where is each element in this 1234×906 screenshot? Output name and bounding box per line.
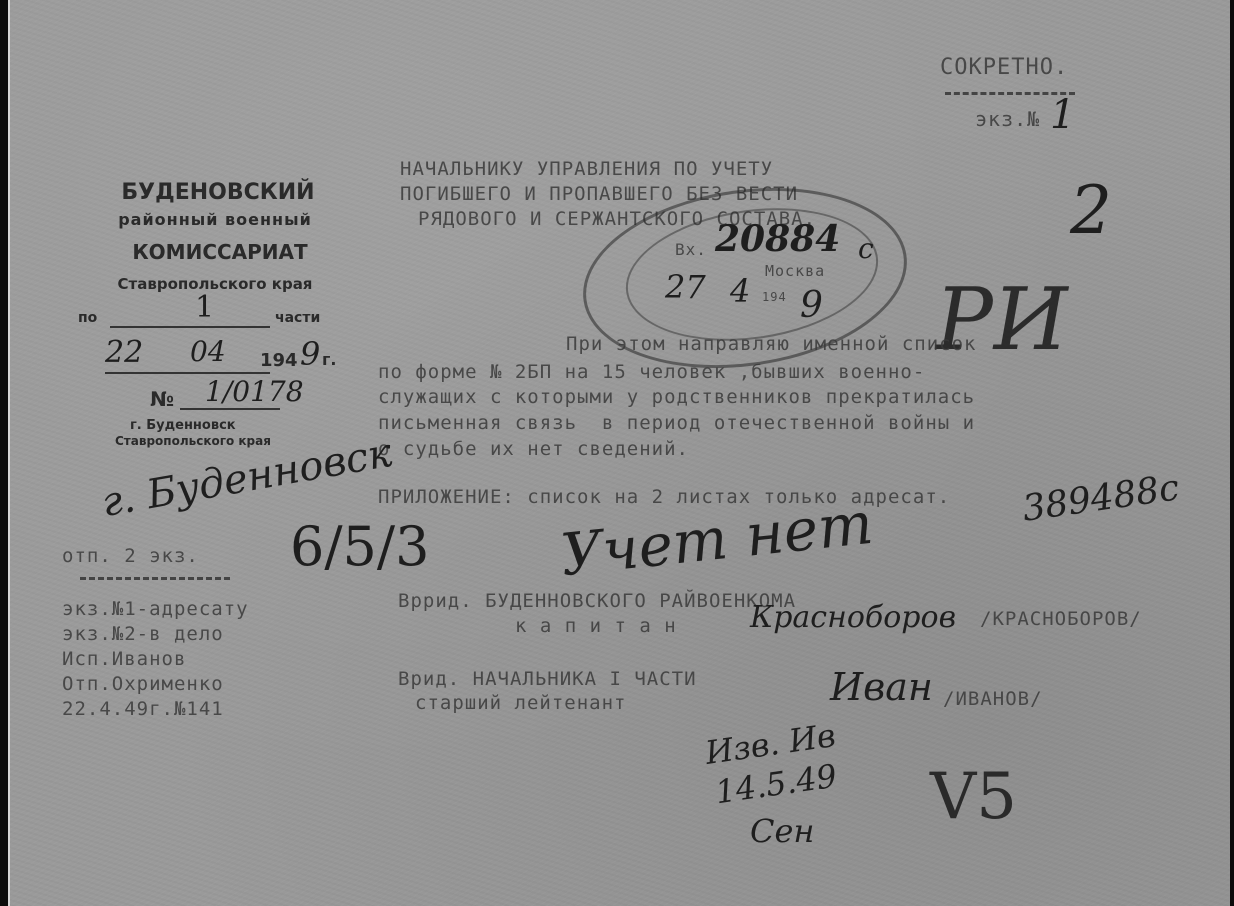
incoming-month: 4 [730,272,750,310]
stamp-day-line [105,372,150,374]
stamp-line-1: БУДЕНОВСКИЙ [98,180,338,205]
copy-number: 1 [1050,92,1075,138]
signature-1-rank: к а п и т а н [515,615,677,637]
stamp-year-prefix: 194 [260,350,298,371]
addressee-line-1: НАЧАЛЬНИКУ УПРАВЛЕНИЯ ПО УЧЕТУ [400,158,773,180]
page-number: 2 [1070,172,1112,249]
stamp-year-digit: 9 [300,335,320,373]
body-line-4: письменная связь в период отечественной … [378,412,975,434]
stamp-year-suffix: г. [322,350,336,369]
copies-header: отп. 2 экз. [62,545,199,567]
stamp-number-line [180,408,280,410]
signature-2-rank: старший лейтенант [415,692,626,714]
copies-underline [80,577,230,580]
signature-1-title: Вррид. БУДЕННОВСКОГО РАЙВОЕНКОМА [398,590,796,612]
stamp-day: 22 [105,335,143,370]
body-line-3: служащих с которыми у родственников прек… [378,386,975,408]
stamp-part-prefix: по [78,310,97,326]
stamp-line-3: КОМИССАРИАТ [110,240,330,264]
stamp-number-value: 1/0178 [205,375,304,408]
copies-line-1: экз.№1-адресату [62,598,249,620]
incoming-number-suffix: с [858,232,874,265]
copies-line-2: экз.№2-в дело [62,623,224,645]
margin-mark: РИ [926,270,1077,370]
handwritten-ref: 6/5/3 [290,515,429,578]
secret-mark: СОКРЕТНО. [940,55,1068,80]
stamp-month: 04 [190,335,226,368]
check-mark: V5 [930,760,1017,834]
stamp-line-2: районный военный [80,210,350,229]
document-page: СОКРЕТНО. экз.№ 1 БУДЕНОВСКИЙ районный в… [8,0,1230,906]
incoming-number: 20884 [715,218,840,260]
copies-line-4: Отп.Охрименко [62,673,224,695]
incoming-day: 27 [665,268,706,306]
stamp-part-suffix: части [275,310,320,326]
stamp-number-label: № [150,387,174,411]
stamp-region: Ставропольского края [115,434,271,448]
incoming-city: Москва [765,262,825,280]
signature-2-handwritten: Иван [830,665,933,709]
stamp-month-line [150,372,270,374]
signature-1-name: /КРАСНОБОРОВ/ [980,608,1142,630]
stamp-part-value: 1 [195,290,214,325]
incoming-label: Вх. [675,240,707,259]
signature-2-name: /ИВАНОВ/ [943,688,1043,710]
stamp-line-4: Ставропольского края [80,275,350,293]
incoming-year-prefix: 194 [762,290,787,304]
stamp-part-line [110,326,270,328]
copy-label: экз.№ [975,107,1040,131]
copies-line-5: 22.4.49г.№141 [62,698,224,720]
body-line-2: по форме № 2БП на 15 человек ,бывших вое… [378,361,925,383]
body-line-1: При этом направляю именной список [566,333,977,355]
received-sign: Сен [750,812,815,850]
copies-line-3: Исп.Иванов [62,648,186,670]
body-line-5: о судьбе их нет сведений. [378,438,689,460]
incoming-year-digit: 9 [800,285,823,326]
stamp-city: г. Буденновск [130,418,236,433]
signature-1-handwritten: Красноборов [750,600,956,635]
attachment-handwritten-number: 389488с [1020,467,1182,530]
signature-2-title: Врид. НАЧАЛЬНИКА I ЧАСТИ [398,668,697,690]
